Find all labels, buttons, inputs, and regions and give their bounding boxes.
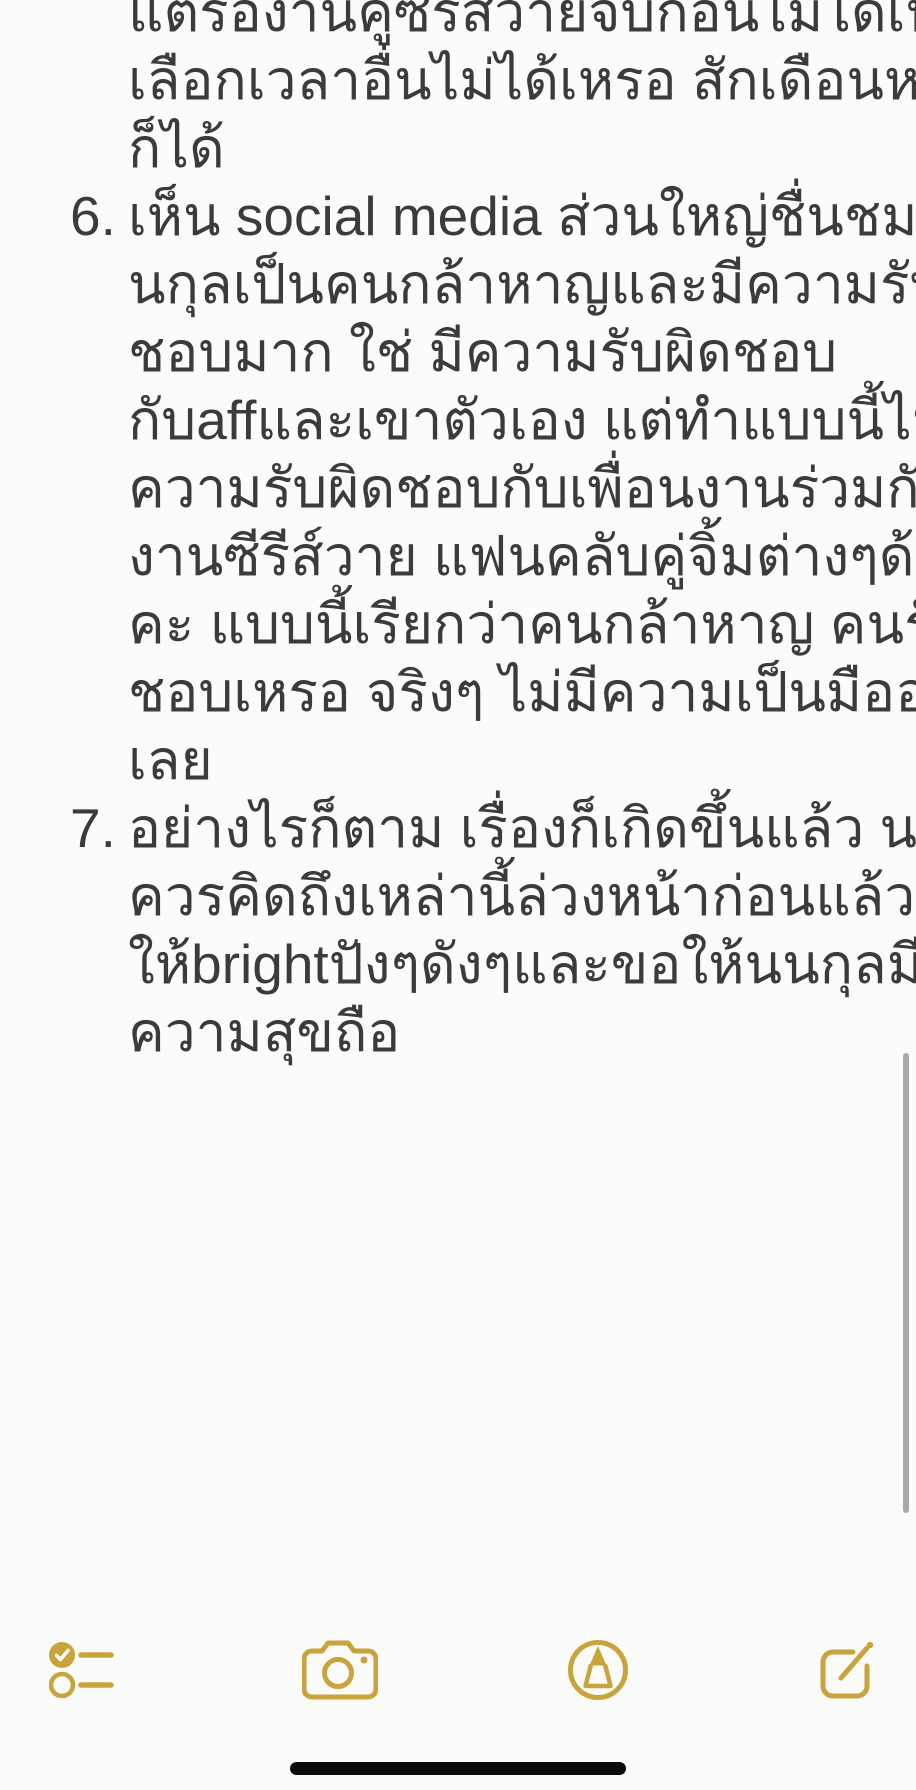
note-line[interactable]: ควรคิดถึงเหล่านี้ล่วงหน้าก่อนแล้ว ขอ	[128, 862, 916, 930]
list-item-lines: เห็น social media ส่วนใหญ่ชื่นชมนนกุลเป็…	[128, 182, 916, 794]
note-line[interactable]: กับaffและเขาตัวเอง แต่ทำแบบนี้ไม่ได้มี	[128, 386, 916, 454]
note-line[interactable]: แต่รองานคู่ซีรีส์วายจบก่อนไม่ได้เหรอ	[128, 0, 916, 46]
markup-icon	[567, 1639, 629, 1701]
numbered-list-item: แต่รองานคู่ซีรีส์วายจบก่อนไม่ได้เหรอเลือ…	[0, 0, 916, 182]
camera-button[interactable]	[297, 1627, 383, 1713]
list-item-number: 7.	[0, 794, 128, 1066]
compose-icon	[817, 1638, 879, 1702]
compose-button[interactable]	[805, 1627, 891, 1713]
camera-icon	[302, 1640, 378, 1700]
note-body-text-area[interactable]: แต่รองานคู่ซีรีส์วายจบก่อนไม่ได้เหรอเลือ…	[0, 0, 916, 1066]
list-item-lines: แต่รองานคู่ซีรีส์วายจบก่อนไม่ได้เหรอเลือ…	[128, 0, 916, 182]
note-line[interactable]: ชอบเหรอ จริงๆ ไม่มีความเป็นมืออาชีพ	[128, 658, 916, 726]
note-line[interactable]: ความรับผิดชอบกับเพื่อนงานร่วมกัน ทีม	[128, 454, 916, 522]
bottom-toolbar	[0, 1624, 916, 1716]
numbered-list-item: 6. เห็น social media ส่วนใหญ่ชื่นชมนนกุล…	[0, 182, 916, 794]
note-line[interactable]: ชอบมาก ใช่ มีความรับผิดชอบ	[128, 318, 916, 386]
note-line[interactable]: อย่างไรก็ตาม เรื่องก็เกิดขึ้นแล้ว นนกุล	[128, 794, 916, 862]
note-line[interactable]: ก็ได้	[128, 114, 916, 182]
note-line[interactable]: เห็น social media ส่วนใหญ่ชื่นชมน	[128, 182, 916, 250]
numbered-list-item: 7. อย่างไรก็ตาม เรื่องก็เกิดขึ้นแล้ว นนก…	[0, 794, 916, 1066]
note-line[interactable]: งานซีรีส์วาย แฟนคลับคู่จิ้มต่างๆด้วยนะ	[128, 522, 916, 590]
note-line[interactable]: นกุลเป็นคนกล้าหาญและมีความรับผิด	[128, 250, 916, 318]
list-item-number: 6.	[0, 182, 128, 794]
note-line[interactable]: เลือกเวลาอื่นไม่ได้เหรอ สักเดือนหนึ่ง	[128, 46, 916, 114]
list-item-number	[0, 0, 128, 182]
checklist-icon	[49, 1640, 115, 1700]
note-line[interactable]: เลย	[128, 726, 916, 794]
note-line[interactable]: ความสุขถือ	[128, 998, 916, 1066]
home-indicator[interactable]	[290, 1762, 626, 1775]
list-item-lines: อย่างไรก็ตาม เรื่องก็เกิดขึ้นแล้ว นนกุลค…	[128, 794, 916, 1066]
notes-app-screen: แต่รองานคู่ซีรีส์วายจบก่อนไม่ได้เหรอเลือ…	[0, 0, 916, 1790]
note-line[interactable]: ให้brightปังๆดังๆและขอให้นนกุลมี	[128, 930, 916, 998]
scrollbar-thumb[interactable]	[903, 1053, 909, 1513]
markup-button[interactable]	[555, 1627, 641, 1713]
note-line[interactable]: คะ แบบนี้เรียกว่าคนกล้าหาญ คนรับผิด	[128, 590, 916, 658]
checklist-button[interactable]	[39, 1627, 125, 1713]
